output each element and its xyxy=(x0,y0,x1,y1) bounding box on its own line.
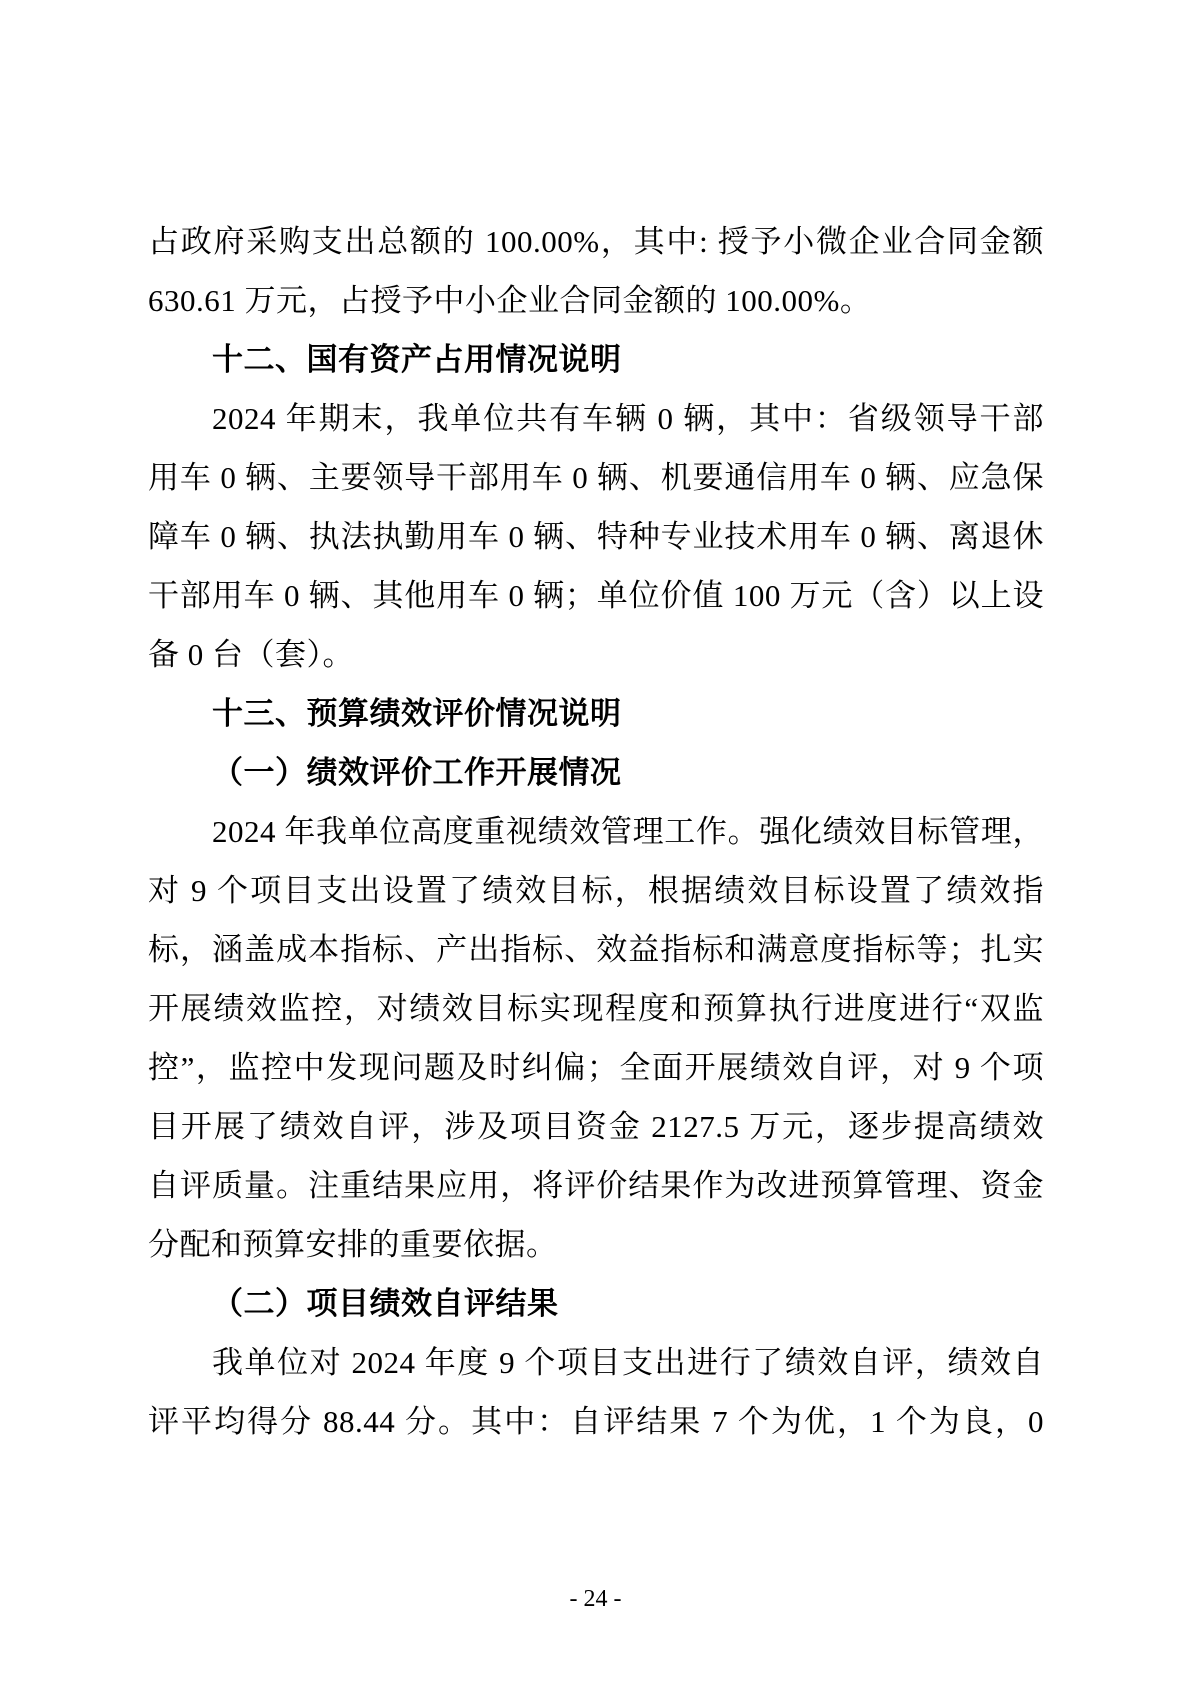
sub-heading-2: （二）项目绩效自评结果 xyxy=(148,1274,1044,1333)
paragraph-line: 占政府采购支出总额的 100.00%，其中: 授予小微企业合同金额 xyxy=(148,212,1044,271)
paragraph-line: 2024 年我单位高度重视绩效管理工作。强化绩效目标管理， xyxy=(148,802,1044,861)
paragraph-line: 干部用车 0 辆、其他用车 0 辆；单位价值 100 万元（含）以上设 xyxy=(148,566,1044,625)
paragraph-line: 自评质量。注重结果应用，将评价结果作为改进预算管理、资金 xyxy=(148,1156,1044,1215)
section-heading-13: 十三、预算绩效评价情况说明 xyxy=(148,684,1044,743)
paragraph-line: 分配和预算安排的重要依据。 xyxy=(148,1215,1044,1274)
paragraph-line: 我单位对 2024 年度 9 个项目支出进行了绩效自评，绩效自 xyxy=(148,1333,1044,1392)
paragraph-line: 标，涵盖成本指标、产出指标、效益指标和满意度指标等；扎实 xyxy=(148,920,1044,979)
document-page: 占政府采购支出总额的 100.00%，其中: 授予小微企业合同金额 630.61… xyxy=(0,0,1191,1684)
paragraph-line: 开展绩效监控，对绩效目标实现程度和预算执行进度进行“双监 xyxy=(148,979,1044,1038)
paragraph-line: 用车 0 辆、主要领导干部用车 0 辆、机要通信用车 0 辆、应急保 xyxy=(148,448,1044,507)
sub-heading-1: （一）绩效评价工作开展情况 xyxy=(148,743,1044,802)
paragraph-line: 630.61 万元，占授予中小企业合同金额的 100.00%。 xyxy=(148,271,1044,330)
paragraph-line: 障车 0 辆、执法执勤用车 0 辆、特种专业技术用车 0 辆、离退休 xyxy=(148,507,1044,566)
paragraph-line: 目开展了绩效自评，涉及项目资金 2127.5 万元，逐步提高绩效 xyxy=(148,1097,1044,1156)
section-heading-12: 十二、国有资产占用情况说明 xyxy=(148,330,1044,389)
paragraph-line: 对 9 个项目支出设置了绩效目标，根据绩效目标设置了绩效指 xyxy=(148,861,1044,920)
paragraph-line: 控”，监控中发现问题及时纠偏；全面开展绩效自评，对 9 个项 xyxy=(148,1038,1044,1097)
paragraph-line: 备 0 台（套）。 xyxy=(148,625,1044,684)
paragraph-line: 2024 年期末，我单位共有车辆 0 辆，其中：省级领导干部 xyxy=(148,389,1044,448)
paragraph-line: 评平均得分 88.44 分。其中：自评结果 7 个为优，1 个为良，0 xyxy=(148,1392,1044,1451)
document-body: 占政府采购支出总额的 100.00%，其中: 授予小微企业合同金额 630.61… xyxy=(148,212,1044,1451)
page-number: - 24 - xyxy=(0,1584,1191,1614)
